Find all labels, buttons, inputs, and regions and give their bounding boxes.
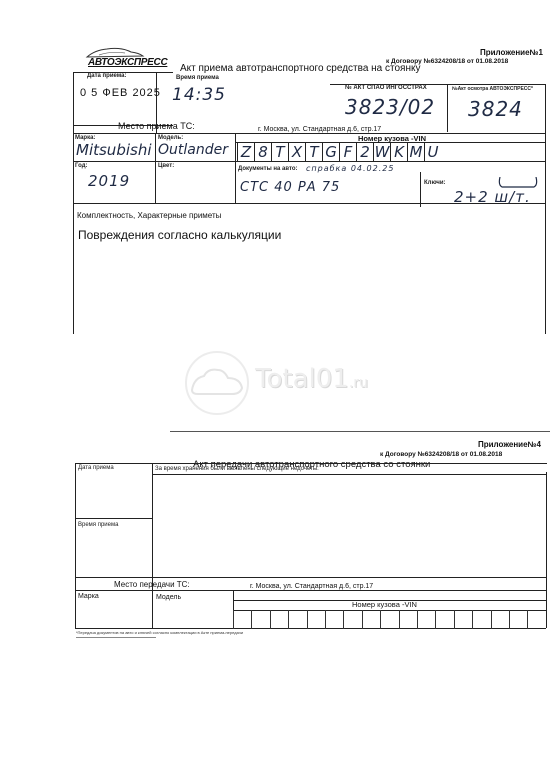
vin-char-cell: U	[424, 143, 442, 161]
vin-grid-2	[233, 610, 546, 629]
features-value-1: Повреждения согласно калькуляции	[78, 228, 281, 242]
bracket-icon	[496, 177, 540, 189]
year-value-1: 2019	[88, 172, 130, 190]
docs-label-1: Документы на авто:	[238, 166, 298, 172]
date-label-2: Дата приема	[78, 465, 114, 471]
vin-empty-cell	[325, 610, 342, 629]
company-logo: АВТОЭКСПРЕСС	[88, 57, 167, 68]
vin-empty-cell	[362, 610, 379, 629]
year-label-1: Год:	[75, 163, 88, 169]
vin-empty-cell	[399, 610, 416, 629]
date-label-1: Дата приема:	[87, 73, 126, 79]
brand-value-1: Mitsubishi	[76, 141, 152, 159]
vin-empty-cell	[491, 610, 508, 629]
vin-char-cell: T	[271, 143, 289, 161]
vin-char-cell: G	[322, 143, 340, 161]
act-inspect-label: №Акт осмотра АВТОЭКСПРЕСС*	[452, 86, 533, 92]
vin-empty-cell	[417, 610, 434, 629]
keys-value-1: 2+2 ш/т.	[454, 188, 531, 206]
brand-label-2: Марка	[78, 593, 99, 600]
vin-empty-cell	[270, 610, 287, 629]
features-label-1: Комплектность, Характерные приметы	[77, 211, 221, 220]
vin-grid-1: Z8TXTGF2WKMU	[237, 143, 444, 161]
vin-empty-cell	[527, 610, 544, 629]
model-label-1: Модель:	[158, 135, 183, 141]
vin-char-cell: 2	[356, 143, 374, 161]
vin-empty-cell	[343, 610, 360, 629]
color-label-1: Цвет:	[158, 163, 174, 169]
model-value-1: Outlander	[158, 142, 228, 158]
watermark-text: Total01.ru	[255, 364, 368, 394]
time-label-1: Время приема	[176, 75, 219, 81]
vin-empty-cell	[288, 610, 305, 629]
act-inspect-value: 3824	[468, 97, 523, 121]
vin-char-cell: T	[305, 143, 323, 161]
place-value-2: г. Москва, ул. Стандартная д.6, стр.17	[250, 583, 373, 590]
place-label-2: Место передачи ТС:	[114, 580, 190, 589]
vin-char-cell: X	[288, 143, 306, 161]
act-title-1: Акт приема автотранспортного средства на…	[180, 63, 420, 74]
time-value-1: 14:35	[172, 85, 226, 105]
docs-note-1: спрабка 04.02.25	[306, 164, 394, 173]
vin-char-cell: 8	[254, 143, 272, 161]
place-label-1: Место приема ТС:	[118, 121, 195, 131]
vin-char-cell: W	[373, 143, 391, 161]
model-label-2: Модель	[156, 594, 181, 601]
date-value-1: 0 5 ФЕВ 2025	[80, 87, 161, 99]
watermark-logo-icon	[184, 350, 250, 416]
vin-char-cell: M	[407, 143, 425, 161]
vin-label-1: Номер кузова -VIN	[358, 134, 426, 143]
docs-value-1: СТС 40 РА 75	[240, 180, 340, 195]
vin-char-cell: Z	[237, 143, 255, 161]
appendix-1: Приложение№1	[480, 48, 543, 57]
vin-empty-cell	[380, 610, 397, 629]
footnote: *Передача документов на авто и ключей со…	[76, 630, 243, 635]
act-ingos-value: 3823/02	[345, 95, 435, 119]
vin-empty-cell	[307, 610, 324, 629]
vin-empty-cell	[233, 610, 250, 629]
appendix-4: Приложение№4	[478, 440, 541, 449]
place-value-1: г. Москва, ул. Стандартная д.6, стр.17	[258, 126, 381, 133]
act-ingos-label: № АКТ СПАО ИНГОССТРАХ	[345, 85, 427, 91]
vin-empty-cell	[472, 610, 489, 629]
vin-char-cell: K	[390, 143, 408, 161]
vin-empty-cell	[251, 610, 268, 629]
vin-empty-cell	[435, 610, 452, 629]
vin-label-2: Номер кузова -VIN	[352, 600, 417, 609]
vin-empty-cell	[454, 610, 471, 629]
vin-empty-cell	[509, 610, 526, 629]
keys-label-1: Ключи:	[424, 180, 446, 186]
time-label-2: Время приема	[78, 522, 118, 528]
issues-label-2: За время хранения были выявлены следующи…	[155, 466, 319, 472]
vin-char-cell: F	[339, 143, 357, 161]
contract-ref-2: к Договору №6324208/18 от 01.08.2018	[380, 451, 502, 458]
